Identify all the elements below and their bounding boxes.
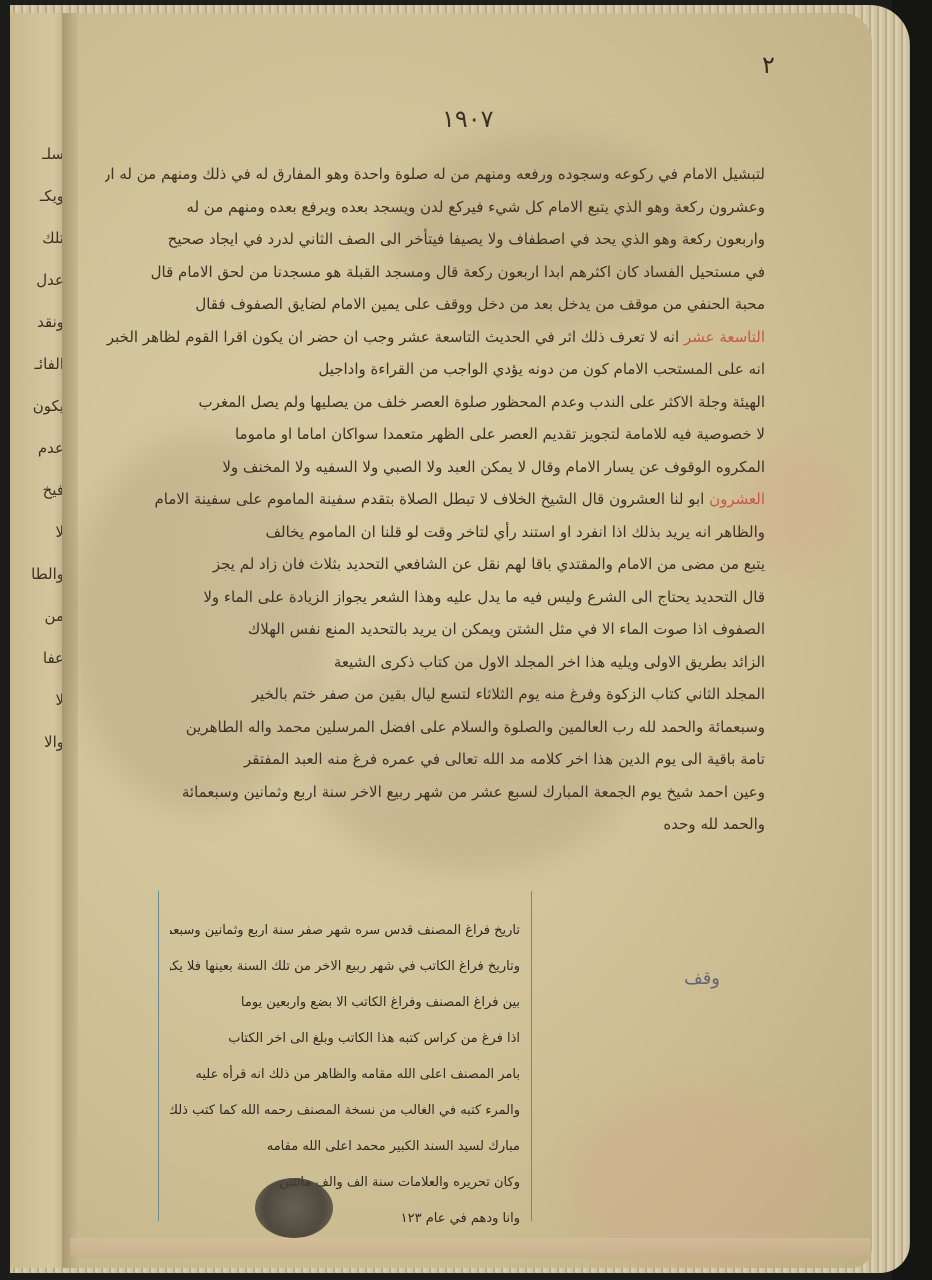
rubric-heading: التاسعة عشر <box>684 328 765 346</box>
note-line: وانا ودهم في عام ١٢٣ <box>170 1201 520 1237</box>
marginal-note: تاريخ فراغ المصنف قدس سره شهر صفر سنة ار… <box>170 913 520 1237</box>
note-line: تاريخ فراغ المصنف قدس سره شهر صفر سنة ار… <box>170 913 520 949</box>
text-line: الصفوف اذا صوت الماء الا في مثل الشتن وي… <box>105 613 765 646</box>
text-line: يتبع من مضى من الامام والمقتدي باقا لهم … <box>105 548 765 581</box>
text-line: الزائد بطريق الاولى ويليه هذا اخر المجلد… <box>105 646 765 679</box>
main-text-block: لتبشيل الامام في ركوعه وسجوده ورفعه ومنه… <box>105 158 765 841</box>
text-line: وعشرون ركعة وهو الذي يتبع الامام كل شيء … <box>105 191 765 224</box>
note-line: مبارك لسيد السند الكبير محمد اعلى الله م… <box>170 1129 520 1165</box>
text-line: ابو لنا العشرون قال الشيخ الخلاف لا تبطل… <box>155 490 705 508</box>
text-line: انه لا تعرف ذلك اثر في الحديث التاسعة عش… <box>107 328 679 346</box>
text-line: المكروه الوقوف عن يسار الامام وقال لا يم… <box>105 451 765 484</box>
facing-page-text: سلـويكـتلكعدلونقدالفائـيكونعدمفيخلاوالطا… <box>14 133 64 763</box>
text-line: وسبعمائة والحمد لله رب العالمين والصلوة … <box>105 711 765 744</box>
ownership-seal-icon <box>255 1178 333 1238</box>
book-page-edges: سلـويكـتلكعدلونقدالفائـيكونعدمفيخلاوالطا… <box>10 5 910 1273</box>
note-line: وتاريخ فراغ الكاتب في شهر ربيع الاخر من … <box>170 949 520 985</box>
text-line-with-rubric: العشرون ابو لنا العشرون قال الشيخ الخلاف… <box>105 483 765 516</box>
text-line: والحمد لله وحده <box>105 808 765 841</box>
text-line: الهيئة وجلة الاكثر على الندب وعدم المحظو… <box>105 386 765 419</box>
folio-number: ٢ <box>762 51 775 79</box>
page-bottom-edge <box>70 1238 870 1258</box>
text-line: المجلد الثاني كتاب الزكوة وفرغ منه يوم ا… <box>105 678 765 711</box>
catalog-number: ١٩٠٧ <box>442 105 494 133</box>
text-line: انه على المستحب الامام كون من دونه يؤدي … <box>105 353 765 386</box>
ink-stamp: وقف <box>630 968 720 1018</box>
note-line: وكان تحريره والعلامات سنة الف والف مائتي… <box>170 1165 520 1201</box>
text-line: والظاهر انه يريد بذلك اذا انفرد او استند… <box>105 516 765 549</box>
text-line: تامة باقية الى يوم الدين هذا اخر كلامه م… <box>105 743 765 776</box>
text-line: وعين احمد شيخ يوم الجمعة المبارك لسبع عش… <box>105 776 765 809</box>
manuscript-page: سلـويكـتلكعدلونقدالفائـيكونعدمفيخلاوالطا… <box>10 13 872 1268</box>
note-line: اذا فرغ من كراس كتبه هذا الكاتب وبلغ الى… <box>170 1021 520 1057</box>
text-line: قال التحديد يحتاج الى الشرع وليس فيه ما … <box>105 581 765 614</box>
text-line: لتبشيل الامام في ركوعه وسجوده ورفعه ومنه… <box>105 158 765 191</box>
text-line-with-rubric: التاسعة عشر انه لا تعرف ذلك اثر في الحدي… <box>105 321 765 354</box>
text-line: في مستحيل الفساد كان اكثرهم ابدا اربعون … <box>105 256 765 289</box>
text-line: محبة الحنفي من موقف من يدخل بعد من دخل و… <box>105 288 765 321</box>
note-line: بين فراغ المصنف وفراغ الكاتب الا بضع وار… <box>170 985 520 1021</box>
note-line: بامر المصنف اعلى الله مقامه والظاهر من ذ… <box>170 1057 520 1093</box>
note-line: والمرء كتبه في الغالب من نسخة المصنف رحم… <box>170 1093 520 1129</box>
rubric-heading: العشرون <box>709 490 765 508</box>
text-line: لا خصوصية فيه للامامة لتجويز تقديم العصر… <box>105 418 765 451</box>
text-line: واربعون ركعة وهو الذي يحد في اصطفاف ولا … <box>105 223 765 256</box>
